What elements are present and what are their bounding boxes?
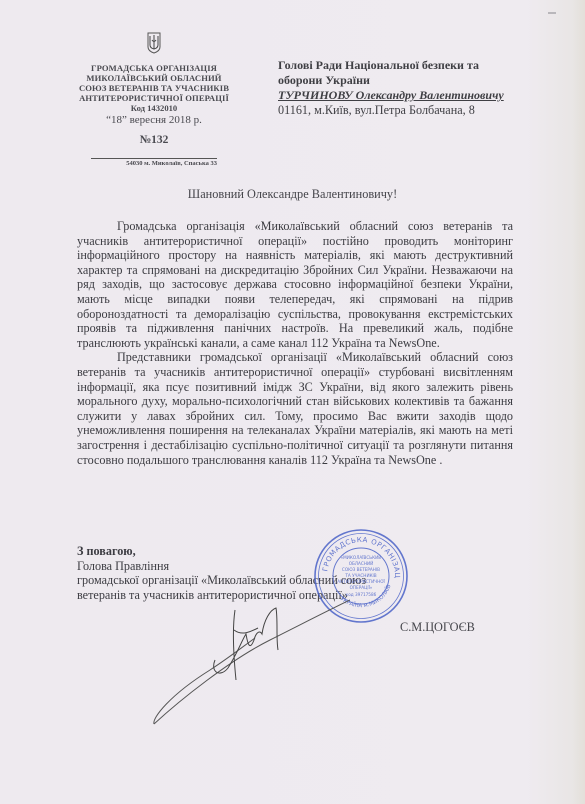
org-name-line: МИКОЛАЇВСЬКИЙ ОБЛАСНИЙ — [74, 73, 234, 83]
recipient-title: оборони України — [278, 73, 568, 88]
recipient-name: ТУРЧИНОВУ Олександру Валентиновичу — [278, 88, 568, 103]
stamp-inner-line: ОПЕРАЦІЇ» — [350, 585, 373, 590]
letter-page: ГРОМАДСЬКА ОРГАНІЗАЦІЯ МИКОЛАЇВСЬКИЙ ОБЛ… — [0, 0, 585, 804]
letter-date: “18” вересня 2018 р. — [74, 114, 234, 127]
stamp-inner-line: «МИКОЛАЇВСЬКИЙ — [341, 555, 382, 560]
scan-mark — [548, 12, 556, 14]
reference-number: №132 — [74, 134, 234, 146]
letter-body: Громадська організація «Миколаївський об… — [77, 219, 513, 467]
stamp-code: код 39717586 — [346, 592, 377, 597]
stamp-inner-line: ТА УЧАСНИКІВ — [344, 573, 376, 578]
body-paragraph: Представники громадської організації «Ми… — [77, 350, 513, 467]
stamp-inner-line: ОБЛАСНИЙ — [349, 561, 374, 566]
signer-org: громадської організації «Миколаївський о… — [77, 573, 497, 588]
org-address: 54030 м. Миколаїв, Спаська 33 — [91, 158, 217, 167]
closing-regards: З повагою, — [77, 544, 497, 559]
body-paragraph: Громадська організація «Миколаївський об… — [77, 219, 513, 350]
recipient-block: Голові Ради Національної безпеки та обор… — [278, 58, 568, 118]
trident-icon — [147, 32, 161, 54]
org-name-line: ГРОМАДСЬКА ОРГАНІЗАЦІЯ — [74, 63, 234, 73]
signer-name: С.М.ЦОГОЄВ — [400, 620, 475, 635]
salutation: Шановний Олександре Валентиновичу! — [0, 187, 585, 202]
letterhead: ГРОМАДСЬКА ОРГАНІЗАЦІЯ МИКОЛАЇВСЬКИЙ ОБЛ… — [74, 32, 234, 167]
org-code: Код 1432010 — [74, 103, 234, 113]
org-name-line: АНТИТЕРОРИСТИЧНОЇ ОПЕРАЦІЇ — [74, 93, 234, 103]
stamp-inner-line: СОЮЗ ВЕТЕРАНІВ — [342, 567, 380, 572]
handwritten-signature-icon — [150, 590, 350, 740]
signer-position: Голова Правління — [77, 559, 497, 574]
org-name-line: СОЮЗ ВЕТЕРАНІВ ТА УЧАСНИКІВ — [74, 83, 234, 93]
recipient-title: Голові Ради Національної безпеки та — [278, 58, 568, 73]
recipient-address: 01161, м.Київ, вул.Петра Болбачана, 8 — [278, 103, 568, 118]
paper-edge-shadow — [573, 0, 585, 804]
stamp-inner-line: АНТИТЕРОРИСТИЧНОЇ — [337, 579, 385, 584]
